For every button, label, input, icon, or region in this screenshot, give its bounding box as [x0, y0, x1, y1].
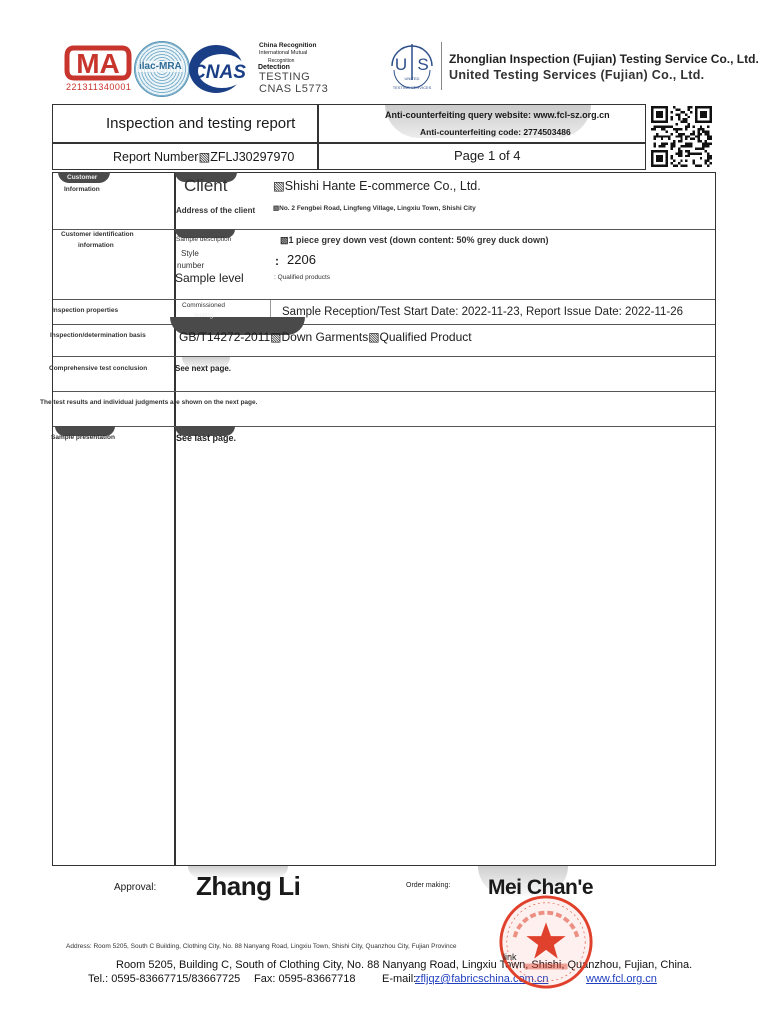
sample-level-value: : Qualified products [274, 274, 330, 281]
footer-email-label: E-mail: [382, 973, 416, 985]
conclusion-label: Comprehensive test conclusion [49, 365, 147, 372]
style-number-label-2: number [177, 261, 204, 270]
svg-text:UNITED: UNITED [405, 76, 420, 81]
commissioned-label: Commissioned [182, 302, 225, 309]
report-title: Inspection and testing report [106, 115, 295, 132]
report-number: Report Number▧ZFLJ30297970 [113, 149, 294, 164]
company-name-line-2: United Testing Services (Fujian) Co., Lt… [449, 68, 704, 82]
recognition-line-4: Detection [258, 64, 290, 71]
ilac-mra-text: ilac-MRA [138, 61, 183, 72]
cnas-logo: CNAS [188, 43, 250, 95]
style-number-label-1: Style [181, 249, 199, 258]
address-label: Address of the client [176, 206, 255, 215]
results-note: The test results and individual judgment… [40, 399, 257, 406]
recognition-line-2: International Mutual [259, 50, 307, 56]
address-value: ▧No. 2 Fengbei Road, Lingfeng Village, L… [273, 204, 476, 212]
report-details-table [52, 172, 716, 866]
style-number-value: 2206 [287, 252, 316, 267]
presentation-label: Sample presentation [51, 434, 115, 441]
svg-text:TESTING SERVICES: TESTING SERVICES [393, 85, 432, 90]
client-value: ▧Shishi Hante E-commerce Co., Ltd. [273, 178, 481, 193]
sample-description-label: Sample description [176, 236, 231, 243]
testing-label: testing [194, 312, 213, 319]
client-label: Client [184, 176, 227, 196]
uts-logo: U S UNITED TESTING SERVICES [386, 40, 438, 92]
customer-identification-label-2: information [78, 242, 114, 249]
svg-text:S: S [417, 55, 428, 74]
anti-counterfeiting-code: Anti-counterfeiting code: 2774503486 [420, 127, 571, 137]
footer-address: Room 5205, Building C, South of Clothing… [116, 959, 692, 971]
basis-value: GB/T14272-2011▧Down Garments▧Qualified P… [179, 330, 472, 344]
footer-address-small: Address: Room 5205, South C Building, Cl… [66, 943, 456, 950]
dates-value: Sample Reception/Test Start Date: 2022-1… [282, 306, 683, 318]
customer-information-label: Information [64, 186, 100, 193]
link-text[interactable]: link [503, 952, 517, 962]
anti-counterfeiting-website: Anti-counterfeiting query website: www.f… [385, 110, 610, 120]
presentation-value: See last page. [176, 433, 236, 443]
logo-divider [441, 42, 442, 90]
svg-text:MA: MA [76, 48, 120, 79]
recognition-testing: TESTING [259, 71, 310, 83]
cnas-text: CNAS [192, 62, 246, 83]
basis-label: Inspection/determination basis [50, 332, 146, 339]
order-making-label: Order making: [406, 882, 450, 889]
page-indicator: Page 1 of 4 [454, 148, 521, 163]
inspection-properties-label: Inspection properties [52, 307, 118, 314]
recognition-cnas-number: CNAS L5773 [259, 83, 328, 95]
footer-fax: Fax: 0595-83667718 [254, 973, 356, 985]
style-number-colon: : [275, 254, 279, 268]
cma-logo: MA [64, 44, 132, 82]
cma-number: 221311340001 [66, 82, 131, 92]
qr-code[interactable] [651, 106, 712, 167]
approval-name: Zhang Li [196, 871, 300, 902]
sample-level-label: Sample level [175, 271, 244, 285]
sample-description-value: ▧1 piece grey down vest (down content: 5… [280, 235, 549, 246]
conclusion-value: See next page. [175, 364, 231, 373]
company-name-line-1: Zhonglian Inspection (Fujian) Testing Se… [449, 52, 759, 66]
customer-identification-label: Customer identification [61, 231, 134, 238]
svg-text:U: U [395, 55, 407, 74]
footer-telephone: Tel.: 0595-83667715/83667725 [88, 973, 240, 985]
approval-label: Approval: [114, 882, 156, 893]
customer-tab-label: Customer [67, 174, 97, 181]
company-seal-stamp-icon [497, 893, 595, 991]
footer-website-link[interactable]: www.fcl.org.cn [586, 973, 657, 985]
recognition-line-1: China Recognition [259, 42, 316, 49]
